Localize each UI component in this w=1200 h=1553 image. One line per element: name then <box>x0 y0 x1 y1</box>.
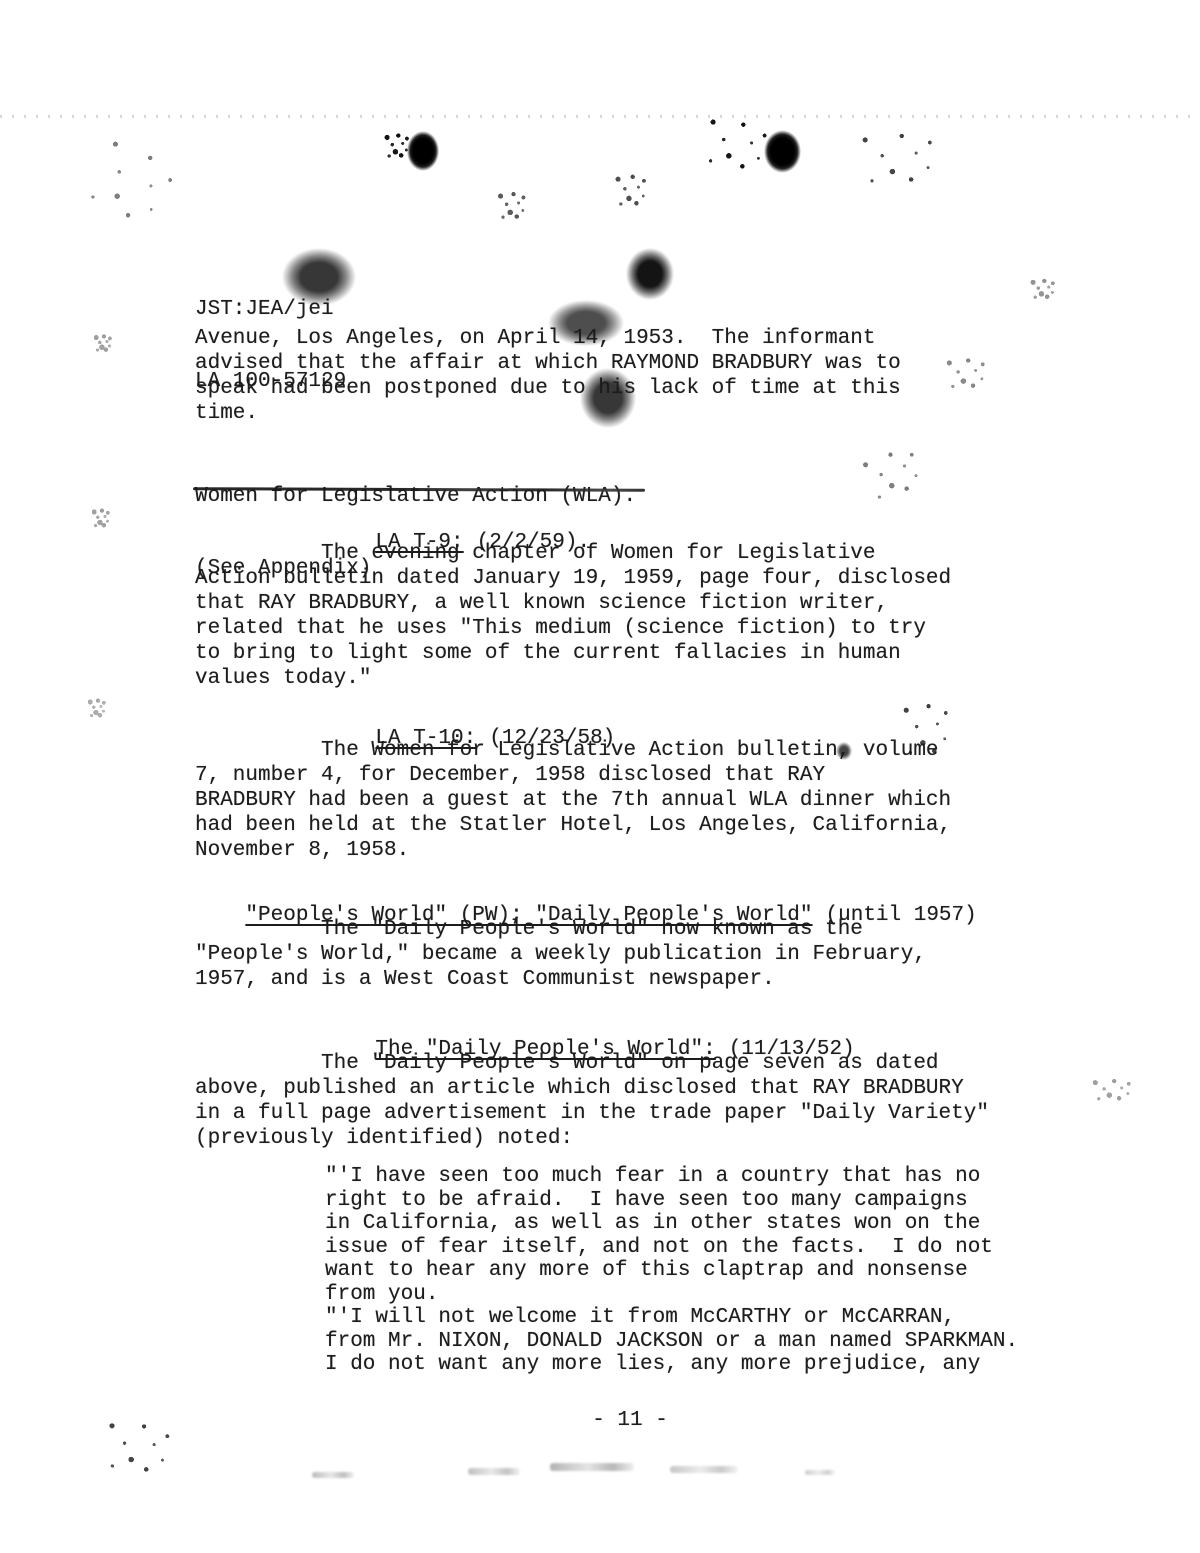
speckle-cluster <box>1030 278 1056 302</box>
speckle-cluster <box>94 334 112 354</box>
smudge-mark <box>670 1466 738 1473</box>
speckle-cluster <box>497 190 527 224</box>
speckle-cluster <box>856 441 930 511</box>
speckle-cluster <box>614 172 648 212</box>
speckle-cluster <box>694 109 775 184</box>
body-paragraph: The "Daily People's World" on page seven… <box>195 1051 989 1151</box>
body-paragraph: The evening chapter of Women for Legisla… <box>195 541 951 691</box>
speckle-cluster <box>88 698 106 720</box>
speckle-cluster <box>855 128 940 194</box>
file-reference-line: JST:JEA/jei <box>195 298 346 322</box>
body-paragraph: The Women for Legislative Action bulleti… <box>195 738 951 863</box>
speckle-cluster <box>384 132 410 162</box>
page-number: - 11 - <box>0 1408 1200 1433</box>
scanned-document-page: JST:JEA/jei LA 100-57129 Avenue, Los Ang… <box>0 0 1200 1553</box>
smudge-mark <box>312 1472 354 1478</box>
smudge-mark <box>550 1463 634 1471</box>
body-paragraph: Avenue, Los Angeles, on April 14, 1953. … <box>195 326 901 426</box>
smudge-mark <box>805 1470 835 1475</box>
ink-blot <box>626 248 674 300</box>
speckle-cluster <box>944 356 988 394</box>
body-paragraph: The "Daily People's World" now known as … <box>195 917 926 992</box>
quote-block: "'I have seen too much fear in a country… <box>325 1165 1018 1377</box>
speckle-cluster <box>1090 1078 1134 1104</box>
speckle-cluster <box>69 125 189 248</box>
scan-noise-line <box>0 115 1200 118</box>
speckle-cluster <box>92 508 110 530</box>
smudge-mark <box>468 1468 520 1475</box>
hole-punch-mark-left <box>406 130 440 172</box>
